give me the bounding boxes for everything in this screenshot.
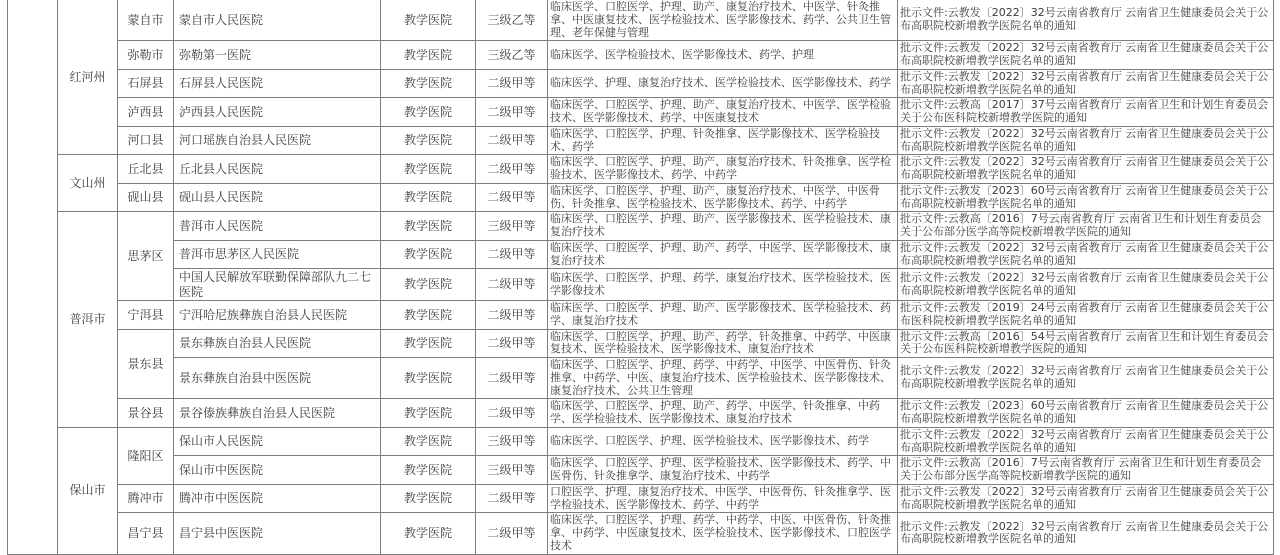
hospital-type-cell: 教学医院	[381, 301, 476, 330]
majors-cell: 临床医学、口腔医学、护理、药学、康复治疗技术、医学检验技术、医学影像技术	[548, 269, 898, 301]
hospital-grade-cell: 三级甲等	[476, 212, 548, 241]
hospital-grade-cell: 二级甲等	[476, 513, 548, 522]
hospital-grade-cell: 二级甲等	[476, 126, 548, 155]
hospital-grade-cell: 三级乙等	[476, 41, 548, 70]
majors-cell: 临床医学、口腔医学、护理、助产、药学、针灸推拿、中药学、中医康复技术、医学检验技…	[548, 329, 898, 358]
approval-document-cell: 批示文件:云教发〔2022〕32号云南省教育厅 云南省卫生健康委员会关于公布高职…	[898, 269, 1274, 301]
hospital-type-cell: 教学医院	[381, 155, 476, 184]
majors-cell: 临床医学、口腔医学、护理、针灸推拿、医学影像技术、医学检验技术、药学	[548, 126, 898, 155]
hospital-type-cell: 教学医院	[381, 427, 476, 456]
hospital-grade-cell: 二级甲等	[476, 301, 548, 330]
hospital-type-cell: 教学医院	[381, 456, 476, 485]
hospital-grade-cell: 二级甲等	[476, 329, 548, 358]
table-row: 普洱市思茅区人民医院教学医院二级甲等临床医学、口腔医学、护理、助产、药学、中医学…	[8, 240, 1274, 269]
table-row: 泸西县泸西县人民医院教学医院二级甲等临床医学、口腔医学、护理、助产、康复治疗技术…	[8, 98, 1274, 127]
hospital-grade-cell: 二级甲等	[476, 69, 548, 98]
hospital-name-cell: 石屏县人民医院	[174, 69, 381, 98]
table-row: 腾冲市腾冲市中医医院教学医院二级甲等口腔医学、护理、康复治疗技术、中医学、中医骨…	[8, 484, 1274, 513]
hospital-grade-cell: 三级甲等	[476, 427, 548, 456]
county-cell: 砚山县	[118, 183, 174, 212]
approval-document-cell: 批示文件:云教发〔2022〕32号云南省教育厅 云南省卫生健康委员会关于公布高职…	[898, 484, 1274, 513]
approval-document-cell: 批示文件:云教发〔2022〕32号云南省教育厅 云南省卫生健康委员会关于公布高职…	[898, 0, 1274, 41]
table-row: 红河州蒙自市蒙自市人民医院教学医院三级乙等临床医学、口腔医学、护理、助产、康复治…	[8, 0, 1274, 41]
table-row: 河口县河口瑶族自治县人民医院教学医院二级甲等临床医学、口腔医学、护理、针灸推拿、…	[8, 126, 1274, 155]
hospital-type-cell: 教学医院	[381, 212, 476, 241]
county-cell: 宁洱县	[118, 301, 174, 330]
county-cell: 隆阳区	[118, 427, 174, 484]
county-cell: 弥勒市	[118, 41, 174, 70]
hospital-type-cell: 教学医院	[381, 484, 476, 513]
majors-cell: 临床医学、口腔医学、护理、医学检验技术、医学影像技术、药学、中医骨伤、针灸推拿学…	[548, 456, 898, 485]
hospital-name-cell: 砚山县人民医院	[174, 183, 381, 212]
majors-cell: 临床医学、口腔医学、护理、医学检验技术、医学影像技术、药学	[548, 427, 898, 456]
hospital-name-cell: 腾冲市中医医院	[174, 484, 381, 513]
county-cell: 腾冲市	[118, 484, 174, 513]
approval-document-cell: 批示文件:云教发〔2022〕32号云南省教育厅 云南省卫生健康委员会关于公布高职…	[898, 69, 1274, 98]
approval-document-cell: 批示文件:云教高〔2016〕7号云南省教育厅 云南省卫生和计划生育委员会关于公布…	[898, 456, 1274, 485]
approval-document-cell: 批示文件:云教发〔2022〕32号云南省教育厅 云南省卫生健康委员会关于公布高职…	[898, 427, 1274, 456]
approval-document-cell: 批示文件:云教发〔2023〕60号云南省教育厅 云南省卫生健康委员会关于公布高职…	[898, 183, 1274, 212]
hospital-grade-cell: 二级甲等	[476, 240, 548, 269]
hospital-type-cell: 教学医院	[381, 513, 476, 522]
hospital-type-cell: 教学医院	[381, 240, 476, 269]
hospital-table-container: 红河州蒙自市蒙自市人民医院教学医院三级乙等临床医学、口腔医学、护理、助产、康复治…	[7, 0, 1274, 522]
majors-cell: 临床医学、口腔医学、护理、助产、康复治疗技术、中医学、医学检验技术、医学影像技术…	[548, 98, 898, 127]
county-cell: 丘北县	[118, 155, 174, 184]
table-row: 景谷县景谷傣族彝族自治县人民医院教学医院二级甲等临床医学、口腔医学、护理、助产、…	[8, 399, 1274, 428]
table-row: 石屏县石屏县人民医院教学医院二级甲等临床医学、护理、康复治疗技术、医学检验技术、…	[8, 69, 1274, 98]
hospital-grade-cell: 二级甲等	[476, 155, 548, 184]
hospital-grade-cell: 二级甲等	[476, 399, 548, 428]
approval-document-cell: 批示文件:云教高〔2016〕7号云南省教育厅 云南省卫生和计划生育委员会关于公布…	[898, 212, 1274, 241]
hospital-type-cell: 教学医院	[381, 399, 476, 428]
prefecture-cell: 保山市	[58, 427, 118, 522]
majors-cell: 临床医学、医学检验技术、医学影像技术、药学、护理	[548, 41, 898, 70]
hospital-name-cell: 丘北县人民医院	[174, 155, 381, 184]
hospital-name-cell: 景东彝族自治县中医医院	[174, 358, 381, 399]
hospital-grade-cell: 二级甲等	[476, 269, 548, 301]
hospital-type-cell: 教学医院	[381, 41, 476, 70]
hospital-name-cell: 河口瑶族自治县人民医院	[174, 126, 381, 155]
hospital-table-body: 红河州蒙自市蒙自市人民医院教学医院三级乙等临床医学、口腔医学、护理、助产、康复治…	[8, 0, 1274, 522]
hospital-name-cell: 保山市人民医院	[174, 427, 381, 456]
hospital-type-cell: 教学医院	[381, 269, 476, 301]
hospital-type-cell: 教学医院	[381, 358, 476, 399]
hospital-grade-cell: 三级乙等	[476, 0, 548, 41]
majors-cell: 临床医学、口腔医学、护理、助产、康复治疗技术、针灸推拿、医学检验技术、医学影像技…	[548, 155, 898, 184]
hospital-name-cell: 景谷傣族彝族自治县人民医院	[174, 399, 381, 428]
hospital-grade-cell: 三级甲等	[476, 456, 548, 485]
hospital-type-cell: 教学医院	[381, 98, 476, 127]
table-row: 中国人民解放军联勤保障部队九二七医院教学医院二级甲等临床医学、口腔医学、护理、药…	[8, 269, 1274, 301]
hospital-name-cell: 泸西县人民医院	[174, 98, 381, 127]
prefecture-cell: 红河州	[58, 0, 118, 155]
hospital-type-cell: 教学医院	[381, 69, 476, 98]
hospital-grade-cell: 二级甲等	[476, 358, 548, 399]
approval-document-cell: 批示文件:云教发〔2022〕32号云南省教育厅 云南省卫生健康委员会关于公布高职…	[898, 126, 1274, 155]
approval-document-cell: 批示文件:云教发〔2022〕32号云南省教育厅 云南省卫生健康委员会关于公布高职…	[898, 155, 1274, 184]
majors-cell: 临床医学、口腔医学、护理、助产、医学影像技术、医学检验技术、药学、康复治疗技术	[548, 301, 898, 330]
table-row: 保山市隆阳区保山市人民医院教学医院三级甲等临床医学、口腔医学、护理、医学检验技术…	[8, 427, 1274, 456]
table-row: 普洱市思茅区普洱市人民医院教学医院三级甲等临床医学、口腔医学、护理、助产、医学影…	[8, 212, 1274, 241]
county-cell: 昌宁县	[118, 513, 174, 522]
hospital-name-cell: 昌宁县中医医院	[174, 513, 381, 522]
majors-cell: 临床医学、口腔医学、护理、助产、医学影像技术、医学检验技术、康复治疗技术	[548, 212, 898, 241]
majors-cell: 临床医学、口腔医学、护理、药学、中药学、中医、中医骨伤、针灸推拿、中药学、中医康…	[548, 513, 898, 522]
table-row: 景东彝族自治县中医医院教学医院二级甲等临床医学、口腔医学、护理、药学、中药学、中…	[8, 358, 1274, 399]
hospital-name-cell: 普洱市思茅区人民医院	[174, 240, 381, 269]
hospital-name-cell: 景东彝族自治县人民医院	[174, 329, 381, 358]
majors-cell: 临床医学、口腔医学、护理、药学、中药学、中医学、中医骨伤、针灸推拿、中药学、中医…	[548, 358, 898, 399]
approval-document-cell: 批示文件:云教发〔2023〕60号云南省教育厅 云南省卫生健康委员会关于公布高职…	[898, 399, 1274, 428]
hospital-type-cell: 教学医院	[381, 126, 476, 155]
county-cell: 景东县	[118, 329, 174, 399]
majors-cell: 临床医学、护理、康复治疗技术、医学检验技术、医学影像技术、药学	[548, 69, 898, 98]
table-row: 文山州丘北县丘北县人民医院教学医院二级甲等临床医学、口腔医学、护理、助产、康复治…	[8, 155, 1274, 184]
county-cell: 蒙自市	[118, 0, 174, 41]
approval-document-cell: 批示文件:云教高〔2017〕37号云南省教育厅 云南省卫生和计划生育委员会关于公…	[898, 98, 1274, 127]
table-row: 昌宁县昌宁县中医医院教学医院二级甲等临床医学、口腔医学、护理、药学、中药学、中医…	[8, 513, 1274, 522]
hospital-name-cell: 蒙自市人民医院	[174, 0, 381, 41]
hospital-grade-cell: 二级甲等	[476, 98, 548, 127]
county-cell: 思茅区	[118, 212, 174, 301]
approval-document-cell: 批示文件:云教高〔2016〕54号云南省教育厅 云南省卫生和计划生育委员会关于公…	[898, 329, 1274, 358]
hospital-name-cell: 普洱市人民医院	[174, 212, 381, 241]
majors-cell: 临床医学、口腔医学、护理、助产、康复治疗技术、中医学、中医骨伤、针灸推拿、医学检…	[548, 183, 898, 212]
county-cell: 河口县	[118, 126, 174, 155]
majors-cell: 临床医学、口腔医学、护理、助产、康复治疗技术、中医学、针灸推拿、中医康复技术、医…	[548, 0, 898, 41]
hospital-name-cell: 宁洱哈尼族彝族自治县人民医院	[174, 301, 381, 330]
table-row: 景东县景东彝族自治县人民医院教学医院二级甲等临床医学、口腔医学、护理、助产、药学…	[8, 329, 1274, 358]
prefecture-cell: 普洱市	[58, 212, 118, 428]
hospital-type-cell: 教学医院	[381, 183, 476, 212]
approval-document-cell: 批示文件:云教发〔2022〕32号云南省教育厅 云南省卫生健康委员会关于公布高职…	[898, 358, 1274, 399]
county-cell: 泸西县	[118, 98, 174, 127]
approval-document-cell: 批示文件:云教发〔2022〕32号云南省教育厅 云南省卫生健康委员会关于公布高职…	[898, 41, 1274, 70]
county-cell: 石屏县	[118, 69, 174, 98]
hospital-grade-cell: 二级甲等	[476, 183, 548, 212]
approval-document-cell: 批示文件:云教发〔2022〕32号云南省教育厅 云南省卫生健康委员会关于公布高职…	[898, 240, 1274, 269]
majors-cell: 口腔医学、护理、康复治疗技术、中医学、中医骨伤、针灸推拿学、医学检验技术、医学影…	[548, 484, 898, 513]
majors-cell: 临床医学、口腔医学、护理、助产、药学、中医学、医学影像技术、康复治疗技术	[548, 240, 898, 269]
county-cell: 景谷县	[118, 399, 174, 428]
table-row: 砚山县砚山县人民医院教学医院二级甲等临床医学、口腔医学、护理、助产、康复治疗技术…	[8, 183, 1274, 212]
approval-document-cell: 批示文件:云教发〔2022〕32号云南省教育厅 云南省卫生健康委员会关于公布高职…	[898, 513, 1274, 522]
hospital-type-cell: 教学医院	[381, 329, 476, 358]
empty-left-column-cell	[8, 0, 58, 522]
approval-document-cell: 批示文件:云教发〔2019〕24号云南省教育厅 云南省卫生健康委员会关于公布医科…	[898, 301, 1274, 330]
prefecture-cell: 文山州	[58, 155, 118, 212]
majors-cell: 临床医学、口腔医学、护理、助产、药学、中医学、针灸推拿、中药学、医学检验技术、医…	[548, 399, 898, 428]
table-row: 弥勒市弥勒第一医院教学医院三级乙等临床医学、医学检验技术、医学影像技术、药学、护…	[8, 41, 1274, 70]
hospital-name-cell: 中国人民解放军联勤保障部队九二七医院	[174, 269, 381, 301]
hospital-type-cell: 教学医院	[381, 0, 476, 41]
hospital-grade-cell: 二级甲等	[476, 484, 548, 513]
hospital-name-cell: 保山市中医医院	[174, 456, 381, 485]
hospital-name-cell: 弥勒第一医院	[174, 41, 381, 70]
hospital-table: 红河州蒙自市蒙自市人民医院教学医院三级乙等临床医学、口腔医学、护理、助产、康复治…	[7, 0, 1274, 522]
table-row: 宁洱县宁洱哈尼族彝族自治县人民医院教学医院二级甲等临床医学、口腔医学、护理、助产…	[8, 301, 1274, 330]
table-row: 保山市中医医院教学医院三级甲等临床医学、口腔医学、护理、医学检验技术、医学影像技…	[8, 456, 1274, 485]
